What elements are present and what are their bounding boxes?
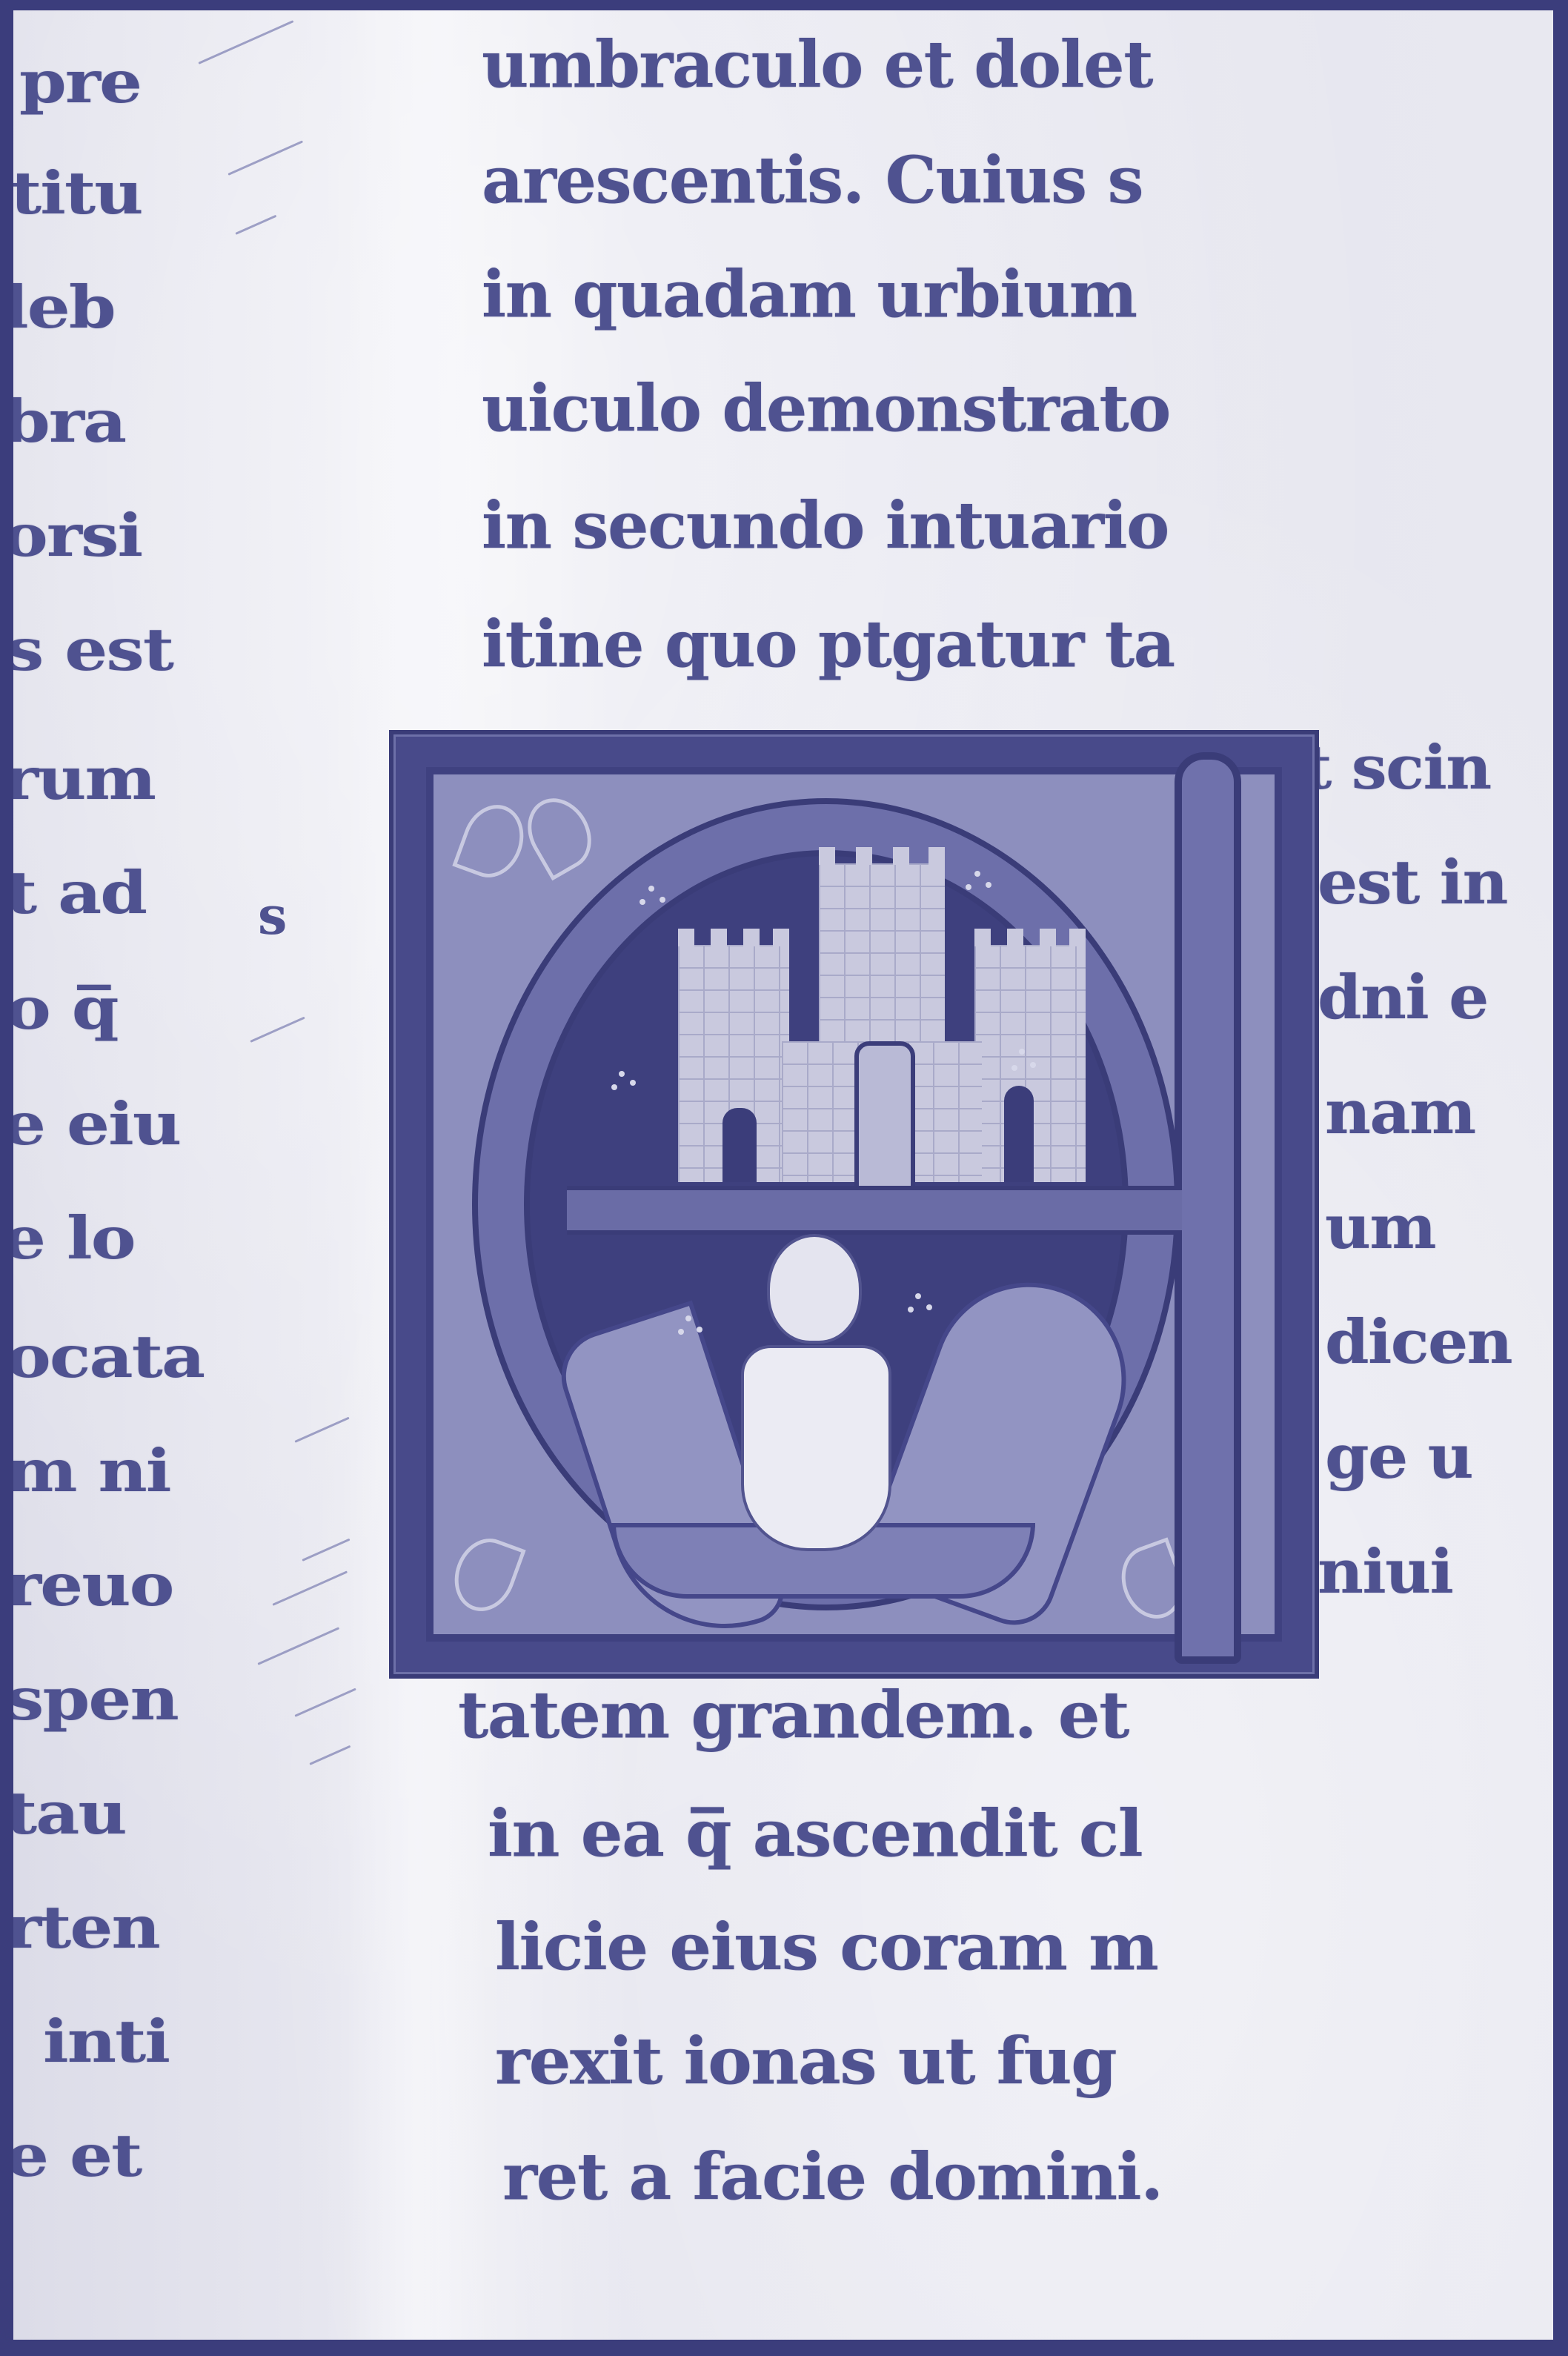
text-line: est in	[1318, 847, 1507, 918]
ruling-stroke	[198, 20, 293, 64]
text-line: e eiu	[13, 1089, 180, 1158]
castle-gate	[854, 1041, 915, 1191]
ruling-stroke	[250, 1017, 305, 1043]
ruling-stroke	[257, 1627, 339, 1665]
flourish-ornament-icon	[445, 1530, 525, 1619]
text-line: o q̅	[13, 974, 118, 1043]
text-line: arescentis. Cuius s	[482, 142, 1143, 218]
initial-panel	[426, 767, 1282, 1642]
text-line: umbraculo et dolet	[482, 27, 1152, 102]
text-line: um	[1325, 1192, 1435, 1263]
text-line: e et	[13, 2121, 141, 2190]
text-line: dicen	[1325, 1307, 1512, 1378]
text-line: tatem grandem. et	[458, 1677, 1129, 1753]
initial-letter-stem	[1175, 752, 1241, 1664]
flourish-ornament-icon	[452, 796, 533, 886]
manuscript-page: pre titu leb bra orsi s est rum t ad o q…	[13, 10, 1553, 2340]
text-line: in ea q̅ ascendit cl	[488, 1796, 1142, 1871]
ruling-stroke	[235, 215, 276, 235]
text-line: rum	[13, 744, 155, 813]
text-line: orsi	[13, 501, 142, 570]
text-line: in quadam urbium	[482, 256, 1137, 332]
illuminated-initial	[389, 730, 1319, 1679]
text-line: reuo	[13, 1550, 173, 1619]
ruling-stroke	[302, 1539, 350, 1562]
text-line: s est	[13, 615, 173, 684]
marginal-s: s	[258, 885, 287, 946]
text-line: e lo	[13, 1204, 135, 1272]
flourish-ornament-icon	[515, 787, 603, 881]
ruling-stroke	[227, 140, 303, 175]
text-line: in secundo intuario	[482, 488, 1169, 563]
ruling-stroke	[272, 1570, 348, 1605]
text-line: dni e	[1318, 962, 1488, 1033]
text-line: bra	[13, 387, 125, 456]
star-dot	[648, 886, 654, 892]
text-line: spen	[13, 1665, 178, 1733]
text-line: rten	[13, 1893, 159, 1962]
text-line: m ni	[13, 1436, 170, 1505]
text-line: t ad	[13, 858, 146, 927]
text-line: t scin	[1303, 732, 1491, 803]
text-line: inti	[43, 2007, 169, 2076]
text-line: niui	[1318, 1536, 1452, 1607]
text-line: uiculo demonstrato	[482, 371, 1170, 446]
ruling-stroke	[294, 1417, 349, 1443]
initial-crossbar	[567, 1186, 1182, 1235]
text-line: itine quo ptgatur ta	[482, 606, 1175, 682]
castle-icon	[678, 863, 1093, 1182]
text-line: leb	[13, 273, 115, 342]
text-line: nam	[1325, 1077, 1475, 1148]
text-line: tau	[13, 1779, 126, 1848]
text-line: rexit ionas ut fug	[495, 2023, 1116, 2099]
text-line: ret a facie domini.	[502, 2139, 1163, 2214]
text-line: ge u	[1325, 1421, 1472, 1493]
text-line: ocata	[13, 1322, 204, 1391]
text-line: licie eius coram m	[495, 1909, 1157, 1985]
bearded-figure-icon	[730, 1234, 893, 1545]
text-line: pre	[19, 47, 141, 116]
ruling-stroke	[309, 1745, 351, 1765]
text-line: titu	[13, 159, 142, 228]
